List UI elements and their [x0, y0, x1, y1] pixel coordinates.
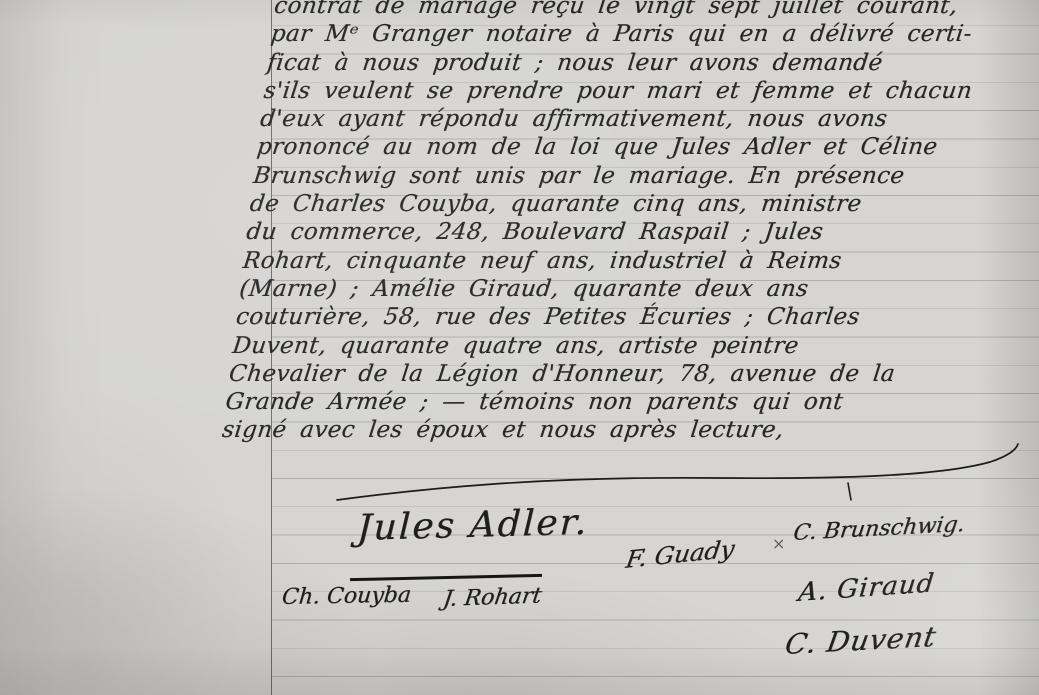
signature-jules-adler: Jules Adler.: [356, 502, 589, 549]
text-line: s'ils veulent se prendre pour mari et fe…: [262, 77, 1025, 105]
text-line: du commerce, 248, Boulevard Raspail ; Ju…: [245, 218, 1008, 246]
signature-j-rohart: J. Rohart: [441, 584, 543, 612]
text-line: par Mᵉ Granger notaire à Paris qui en a …: [269, 20, 1032, 48]
text-line: prononcé au nom de la loi que Jules Adle…: [255, 133, 1018, 161]
text-line: d'eux ayant répondu affirmativement, nou…: [259, 105, 1022, 133]
text-line: contrat de mariage reçu le vingt sept ju…: [273, 0, 1036, 20]
text-line: (Marne) ; Amélie Giraud, quarante deux a…: [238, 275, 1001, 303]
text-line: signé avec les époux et nous après lectu…: [220, 416, 983, 444]
text-line: Brunschwig sont unis par le mariage. En …: [252, 162, 1015, 190]
pencil-cross-mark: ×: [772, 534, 785, 553]
text-line: de Charles Couyba, quarante cinq ans, mi…: [248, 190, 1011, 218]
text-line: Duvent, quarante quatre ans, artiste pei…: [231, 332, 994, 360]
handwritten-act-text: contrat de mariage reçu le vingt sept ju…: [220, 0, 1036, 445]
text-line: Chevalier de la Légion d'Honneur, 78, av…: [227, 360, 990, 388]
register-page: contrat de mariage reçu le vingt sept ju…: [0, 0, 1039, 695]
text-line: ficat à nous produit ; nous leur avons d…: [266, 49, 1029, 77]
text-line: Rohart, cinquante neuf ans, industriel à…: [241, 247, 1004, 275]
text-line: Grande Armée ; — témoins non parents qui…: [224, 388, 987, 416]
text-line: couturière, 58, rue des Petites Écuries …: [234, 303, 997, 331]
signature-ch-couyba: Ch. Couyba: [281, 583, 412, 610]
blank-left-margin: [0, 0, 271, 695]
